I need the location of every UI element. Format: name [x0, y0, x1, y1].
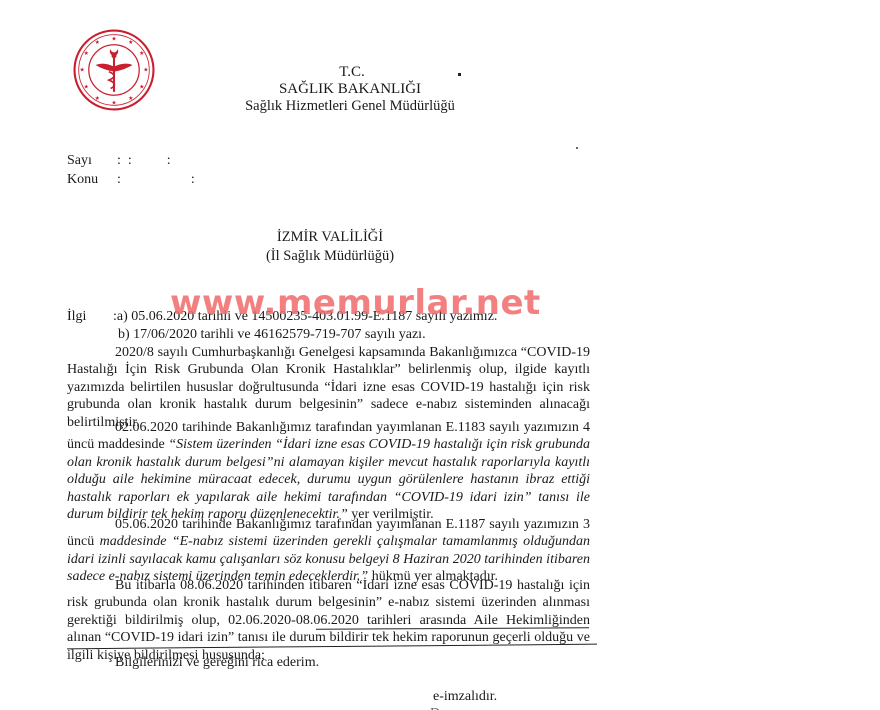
ilgi-item-b: b) 17/06/2020 tarihli ve 46162579-719-70…	[118, 327, 426, 343]
paragraph-2: 02.06.2020 tarihinde Bakanlığımız tarafı…	[67, 419, 590, 523]
konu-value: : :	[117, 172, 195, 187]
meta-sayi: Sayı: : :	[67, 153, 171, 169]
svg-text:★: ★	[111, 36, 116, 43]
sayi-value: : : :	[117, 153, 171, 168]
meta-konu: Konu: :	[67, 172, 195, 188]
svg-text:★: ★	[128, 39, 133, 46]
paragraph-4-text: Bu itibarla 08.06.2020 tarihinden itibar…	[67, 578, 590, 663]
watermark: www.memurlar.net	[170, 283, 541, 323]
konu-label: Konu	[67, 172, 117, 188]
header-department: Sağlık Hizmetleri Genel Müdürlüğü	[0, 98, 700, 115]
svg-text:★: ★	[139, 50, 144, 57]
sayi-label: Sayı	[67, 153, 117, 169]
svg-text:★: ★	[95, 39, 100, 46]
closing-sentence: Bilgilerinizi ve gereğini rica ederim.	[115, 655, 319, 671]
signature-name-clipped: Dr. ....	[430, 706, 465, 710]
svg-text:★: ★	[84, 50, 89, 57]
ilgi-label: İlgi	[67, 309, 86, 325]
scan-speck	[576, 147, 578, 149]
header-ministry: SAĞLIK BAKANLIĞI	[0, 81, 700, 98]
paragraph-4: Bu itibarla 08.06.2020 tarihinden itibar…	[67, 577, 590, 664]
addressee-subtitle: (İl Sağlık Müdürlüğü)	[0, 248, 660, 265]
header-country: T.C.	[2, 64, 702, 81]
paragraph-1: 2020/8 sayılı Cumhurbaşkanlığı Genelgesi…	[67, 344, 590, 431]
paragraph-1-text: 2020/8 sayılı Cumhurbaşkanlığı Genelgesi…	[67, 345, 590, 430]
paragraph-3: 05.06.2020 tarihinde Bakanlığımız tarafı…	[67, 516, 590, 586]
signature-status: e-imzalıdır.	[433, 689, 497, 705]
addressee-title: İZMİR VALİLİĞİ	[0, 229, 660, 246]
scan-speck	[458, 73, 461, 76]
